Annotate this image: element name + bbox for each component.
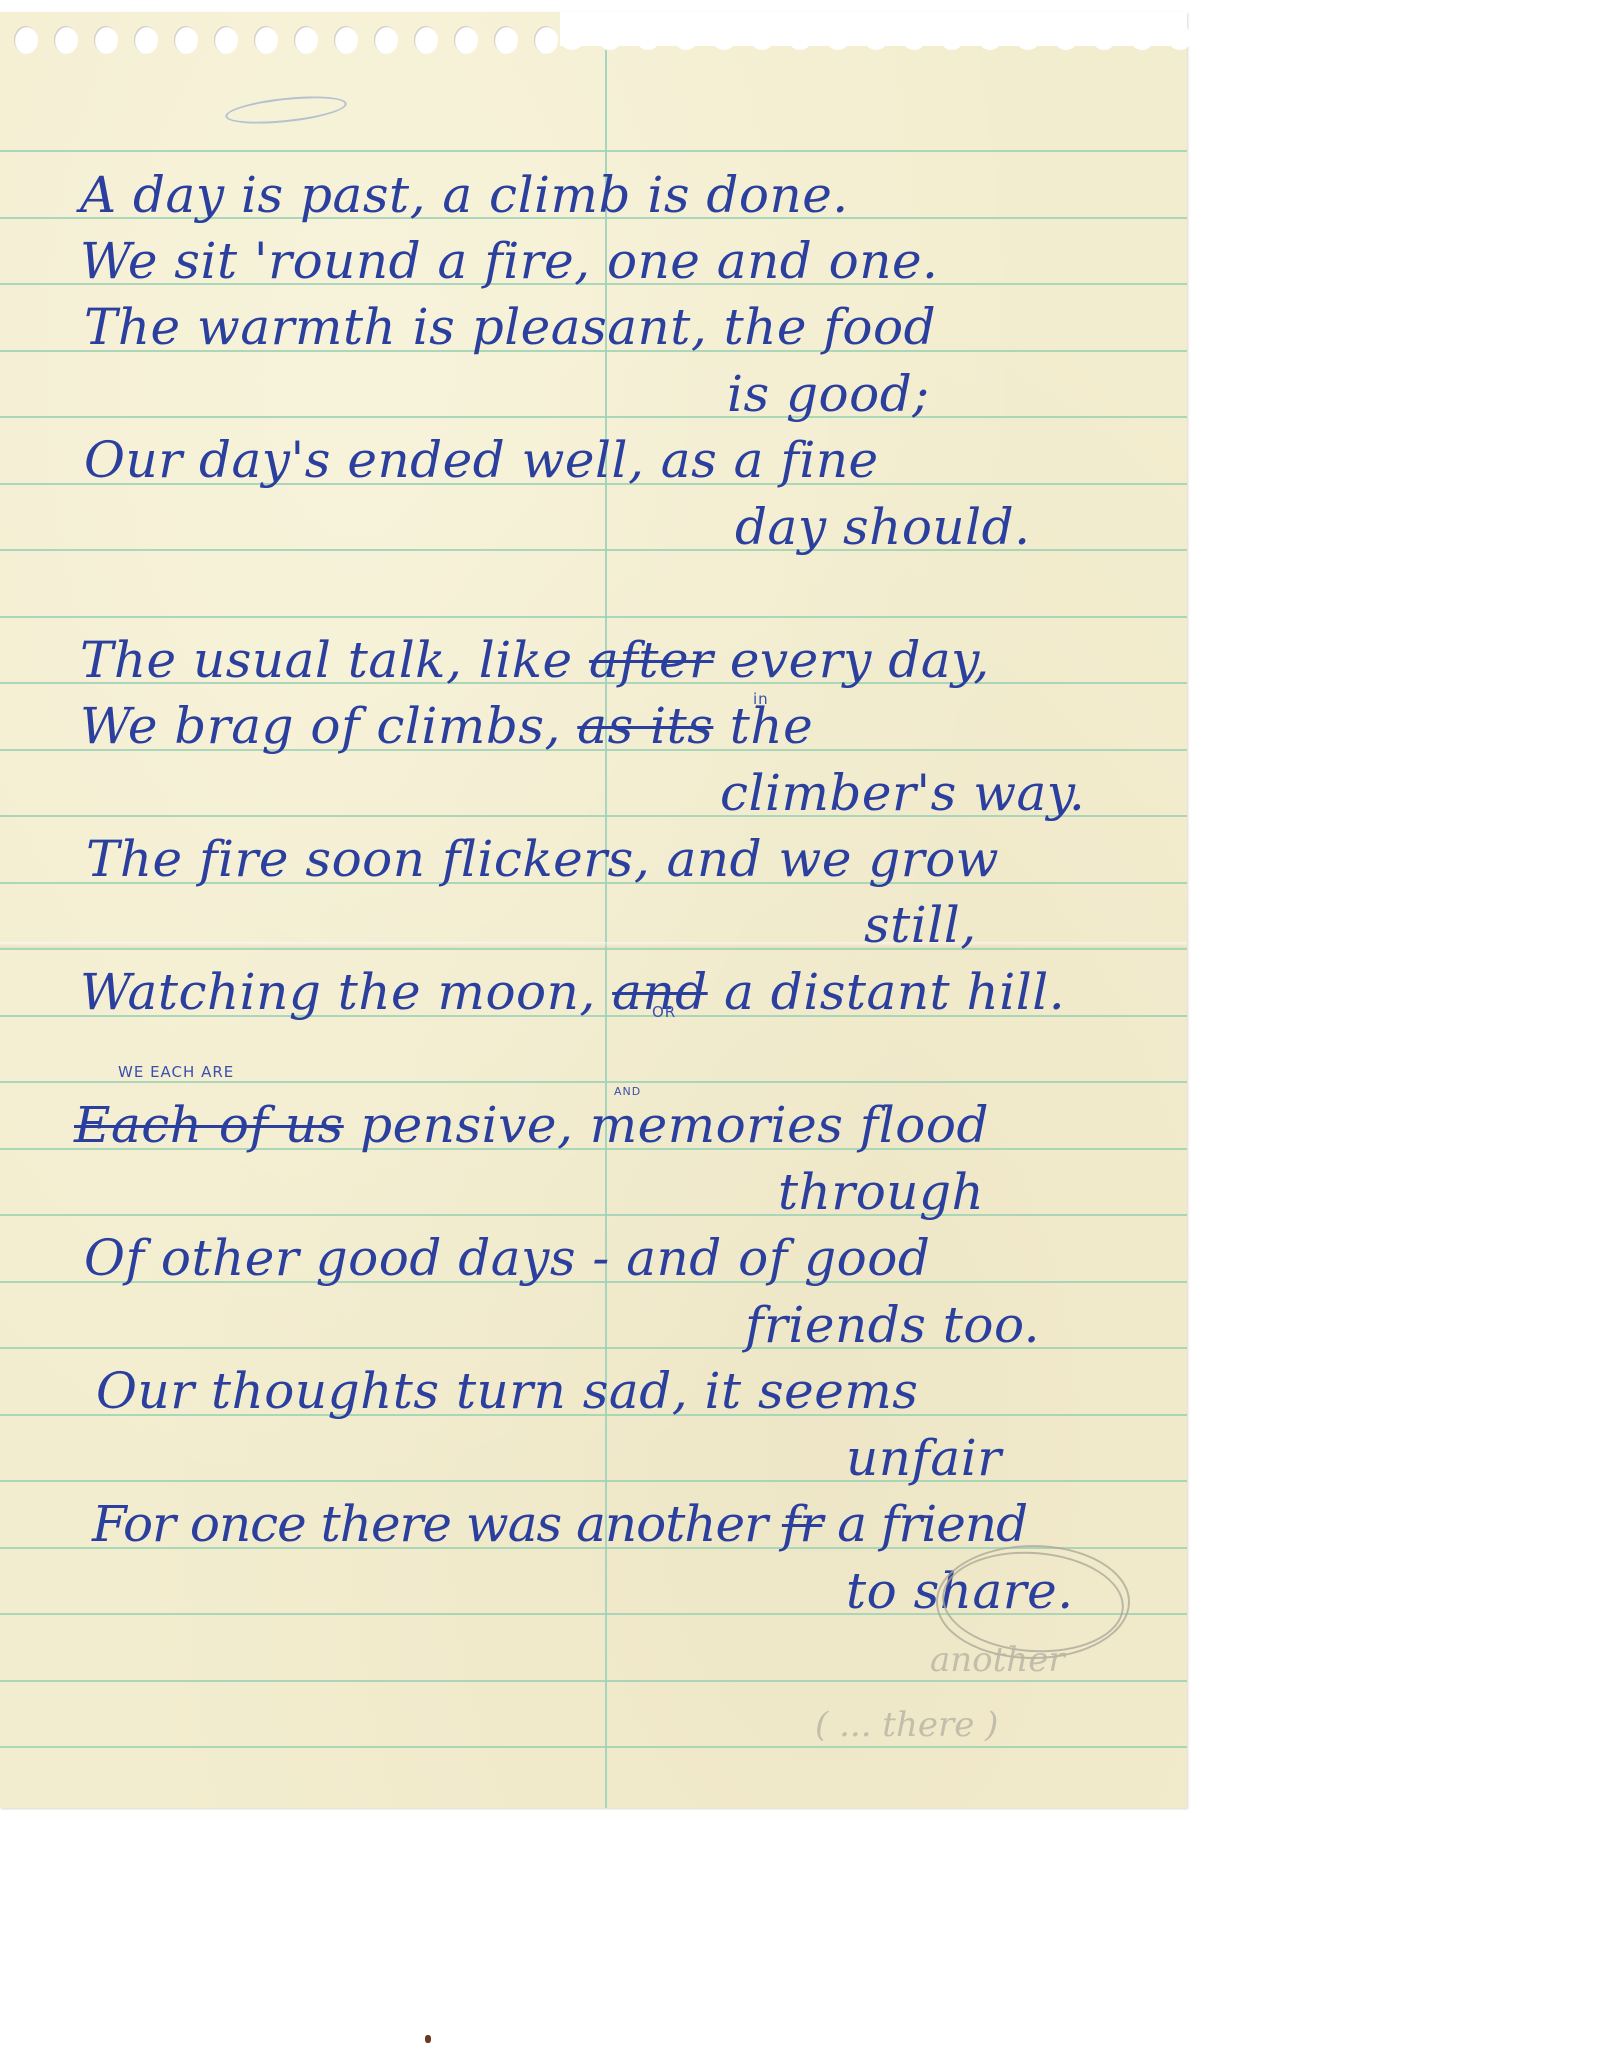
perforation-hole (254, 26, 278, 54)
perforation-hole (54, 26, 78, 54)
ruled-line (0, 1081, 1187, 1083)
perforation-scallop (864, 26, 888, 50)
poem-line: Each of us pensive, memories flood (74, 1100, 989, 1150)
poem-line-continuation: unfair (846, 1433, 1002, 1483)
struck-word: fr (782, 1495, 822, 1553)
perforation-hole (214, 26, 238, 54)
struck-word: after (589, 631, 713, 689)
text: a distant hill. (708, 963, 1065, 1021)
ruled-line (0, 1214, 1187, 1216)
poem-line: For once there was another fr a friend (92, 1499, 1027, 1549)
poem-line: Of other good days - and of good (84, 1233, 930, 1283)
perforated-top-edge (0, 12, 1187, 72)
perforation-scallop (978, 26, 1002, 50)
perforation-scallop (560, 26, 584, 50)
perforation-hole (134, 26, 158, 54)
perforation-hole (374, 26, 398, 54)
perforation-scallop (1130, 26, 1154, 50)
poem-line: The fire soon flickers, and we grow (86, 834, 999, 884)
perforation-hole (494, 26, 518, 54)
text: memories flood (590, 1096, 989, 1154)
revision-annotation: WE EACH ARE (118, 1063, 234, 1081)
poem-line-continuation: through (778, 1167, 984, 1217)
perforation-scallop (598, 26, 622, 50)
perforation-scallop (902, 26, 926, 50)
perforation-hole (534, 26, 558, 54)
poem-line: We sit 'round a fire, one and one. (80, 236, 938, 286)
insert-annotation: AND (614, 1085, 641, 1098)
perforation-hole (174, 26, 198, 54)
text: every day, (713, 631, 989, 689)
text: For once there was another (92, 1495, 782, 1553)
perforation-scallop (788, 26, 812, 50)
ruled-line (0, 1480, 1187, 1482)
ink-speck (425, 2035, 431, 2043)
perforation-hole (334, 26, 358, 54)
poem-line: Our day's ended well, as a fine (84, 435, 879, 485)
pencil-note: ( ... there ) (815, 1705, 998, 1745)
poem-line-continuation: climber's way. (720, 768, 1085, 818)
poem-line-continuation: still, (864, 900, 977, 950)
ruled-line (0, 616, 1187, 618)
perforation-scallop (826, 26, 850, 50)
text: Watching the moon, (80, 963, 612, 1021)
poem-line-continuation: friends too. (745, 1300, 1040, 1350)
perforation-hole (94, 26, 118, 54)
insert-annotation: OR (652, 1003, 676, 1021)
perforation-hole (14, 26, 38, 54)
poem-line: A day is past, a climb is done. (80, 170, 849, 220)
perforation-scallop (750, 26, 774, 50)
struck-word: as its (577, 697, 713, 755)
poem-line: The warmth is pleasant, the food (84, 302, 936, 352)
perforation-hole (454, 26, 478, 54)
struck-word: Each of us (74, 1096, 344, 1154)
text: a friend (822, 1495, 1027, 1553)
insert-annotation: in (753, 690, 769, 708)
perforation-scallop (1092, 26, 1116, 50)
text: The usual talk, like (80, 631, 589, 689)
text: We brag of climbs, (80, 697, 577, 755)
text: pensive, (344, 1096, 590, 1154)
ruled-line (0, 948, 1187, 950)
poem-line-continuation: is good; (727, 369, 930, 419)
perforation-scallop (712, 26, 736, 50)
perforation-hole (294, 26, 318, 54)
perforation-scallop (940, 26, 964, 50)
ruled-line (0, 150, 1187, 152)
perforation-scallop (636, 26, 660, 50)
perforation-scallop (1168, 26, 1192, 50)
perforation-hole (414, 26, 438, 54)
pencil-note: another (930, 1640, 1065, 1680)
poem-line: Watching the moon, and a distant hill. (80, 967, 1065, 1017)
poem-line: The usual talk, like after every day, (80, 635, 990, 685)
perforation-scallop (1016, 26, 1040, 50)
perforation-scallop (1054, 26, 1078, 50)
poem-line: We brag of climbs, as its the (80, 701, 813, 751)
ruled-line (0, 1746, 1187, 1748)
poem-line: Our thoughts turn sad, it seems (96, 1366, 918, 1416)
poem-line-continuation: day should. (735, 502, 1031, 552)
perforation-scallop (674, 26, 698, 50)
ruled-line (0, 416, 1187, 418)
